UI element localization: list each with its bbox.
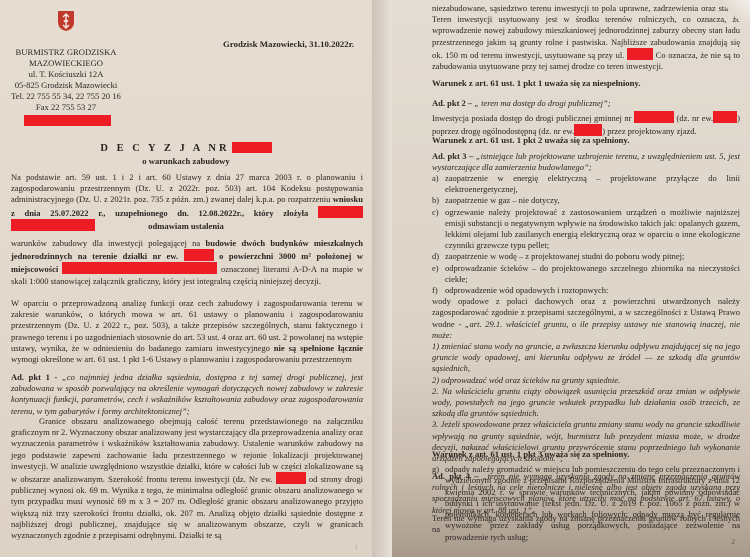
- org-name-line-1: BURMISTRZ GRODZISKA: [10, 47, 122, 58]
- continuation-paragraph: niezabudowane, sąsiedztwo terenu inwesty…: [432, 3, 740, 72]
- org-city: 05-825 Grodzisk Mazowiecki: [10, 80, 122, 91]
- point-1-heading: Ad. pkt 1 - „co najmniej jedna działka s…: [11, 372, 363, 417]
- point-2-body-text-3: ): [737, 113, 740, 123]
- org-street: ul. T. Kościuszki 12A: [10, 69, 122, 80]
- list-marker: a): [432, 173, 445, 195]
- analysis-bold: nie są spełnione łącznie: [274, 343, 363, 353]
- document-title-text: D E C Y Z J A NR: [100, 143, 229, 154]
- redaction-box: [276, 472, 306, 484]
- water-law-quote-item: 1) zmieniać stanu wody na gruncie, a zwł…: [432, 341, 740, 375]
- condition-3-statement: Warunek z art. 61 ust. 1 pkt 3 uważa się…: [432, 449, 740, 460]
- redaction-box: [627, 48, 653, 60]
- condition-2-statement: Warunek z art. 61 ust. 1 pkt 2 uważa się…: [432, 135, 740, 146]
- point-1-label: Ad. pkt 1 -: [11, 372, 57, 382]
- point-3-label: Ad. pkt 3 –: [432, 151, 473, 161]
- point-1-quote: „co najmniej jedna działka sąsiednia, do…: [11, 372, 363, 416]
- redaction-box: [24, 115, 111, 126]
- list-item-text: zaopatrzenie w gaz – nie dotyczy,: [445, 195, 740, 206]
- point-2-body-text-2: (dz. nr ew.: [677, 113, 714, 123]
- document-page-1: BURMISTRZ GRODZISKA MAZOWIECKIEGO ul. T.…: [0, 0, 372, 557]
- decision-text-1: warunków zabudowy dla inwestycji polegaj…: [11, 238, 200, 248]
- page-gutter: [372, 0, 392, 557]
- document-title: D E C Y Z J A NR: [0, 142, 372, 154]
- point-1-body: Granice obszaru analizowanego obejmują c…: [11, 416, 363, 541]
- list-item: f)odprowadzenie wód opadowych i roztopow…: [432, 285, 740, 296]
- document-subtitle: o warunkach zabudowy: [0, 156, 372, 166]
- org-phone: Tel. 22 755 55 34, 22 755 20 16: [10, 91, 122, 102]
- redaction-box: [232, 142, 272, 153]
- list-marker: d): [432, 251, 445, 262]
- condition-1-statement: Warunek z art. 61 ust. 1 pkt 1 uważa się…: [432, 78, 740, 89]
- water-law-quote-item: 2. Na właścicielu gruntu ciąży obowiązek…: [432, 386, 740, 420]
- point-4-quote: „teren nie wymaga uzyskania zgody na zmi…: [432, 471, 740, 515]
- redaction-box: [62, 262, 217, 274]
- decision-paragraph: warunków zabudowy dla inwestycji polegaj…: [11, 238, 363, 287]
- water-law-quote: 1) zmieniać stanu wody na gruncie, a zwł…: [432, 341, 740, 464]
- list-item-text: ogrzewanie należy projektować z zastosow…: [445, 207, 740, 252]
- intro-text: Na podstawie art. 59 ust. 1 i 2 i art. 6…: [11, 172, 363, 204]
- decision-heading: odmawiam ustalenia: [0, 221, 372, 231]
- list-item-text: zaopatrzenie w energię elektryczną – pro…: [445, 173, 740, 195]
- point-2-label: Ad. pkt 2 –: [432, 98, 472, 108]
- place-and-date: Grodzisk Mazowiecki, 31.10.2022r.: [223, 39, 354, 49]
- point-3-heading: Ad. pkt 3 – „istniejące lub projektowane…: [432, 151, 740, 173]
- page-number: 1: [355, 545, 358, 551]
- point-3-quote: „istniejące lub projektowane uzbrojenie …: [432, 151, 740, 172]
- list-marker: e): [432, 263, 445, 285]
- redaction-box: [634, 111, 674, 123]
- list-marker: f): [432, 285, 445, 296]
- point-2-body-text-1: Inwestycja posiada dostęp do drogi publi…: [432, 113, 631, 123]
- list-item: d)zaopatrzenie w wodę – z projektowanej …: [432, 251, 740, 262]
- redaction-box: [713, 111, 737, 123]
- rainwater-paragraph: wody opadowe z połaci dachowych oraz z p…: [432, 296, 740, 341]
- analysis-text-2: wymogi określone w art. 61 ust. 1 pkt 1-…: [11, 354, 352, 364]
- point-4-label: Ad. pkt 4 –: [432, 471, 479, 481]
- coat-of-arms-icon: [57, 10, 75, 32]
- org-fax: Fax 22 755 53 27: [10, 102, 122, 113]
- list-item: a)zaopatrzenie w energię elektryczną – p…: [432, 173, 740, 195]
- redaction-box: [184, 249, 214, 261]
- redaction-box: [318, 206, 363, 218]
- list-item: e)odprowadzanie ścieków – do projektowan…: [432, 263, 740, 285]
- list-marker: b): [432, 195, 445, 206]
- point-2-heading: Ad. pkt 2 – „ teren ma dostęp do drogi p…: [432, 98, 740, 109]
- analysis-paragraph: W oparciu o przeprowadzoną analizę funkc…: [11, 298, 363, 365]
- point-4-body: Teren nie wymaga uzyskania zgody na zmia…: [432, 513, 740, 535]
- list-item-text: odprowadzenie wód opadowych i roztopowyc…: [445, 285, 740, 296]
- point-4-heading: Ad. pkt 4 – „teren nie wymaga uzyskania …: [432, 471, 740, 516]
- point-2-quote: „ teren ma dostęp do drogi publicznej”;: [474, 98, 610, 108]
- document-page-2: niezabudowane, sąsiedztwo terenu inwesty…: [392, 0, 750, 557]
- list-item-text: zaopatrzenie w wodę – z projektowanej st…: [445, 251, 740, 262]
- water-law-quote-intro: „art. 29.1. właściciel gruntu, o ile prz…: [432, 319, 740, 340]
- decision-bold-2: o powierzchni 3000 m²: [219, 251, 311, 261]
- list-item: b)zaopatrzenie w gaz – nie dotyczy,: [432, 195, 740, 206]
- water-law-quote-item: 2) odprowadzać wód oraz ścieków na grunt…: [432, 375, 740, 386]
- issuer-address-block: BURMISTRZ GRODZISKA MAZOWIECKIEGO ul. T.…: [10, 47, 122, 113]
- list-item: c)ogrzewanie należy projektować z zastos…: [432, 207, 740, 252]
- title-block: D E C Y Z J A NR o warunkach zabudowy: [0, 142, 372, 166]
- page-number: 2: [732, 538, 736, 546]
- list-item-text: odprowadzanie ścieków – do projektowaneg…: [445, 263, 740, 285]
- point-2-body: Inwestycja posiada dostęp do drogi publi…: [432, 111, 740, 137]
- list-marker: c): [432, 207, 445, 252]
- org-name-line-2: MAZOWIECKIEGO: [10, 58, 122, 69]
